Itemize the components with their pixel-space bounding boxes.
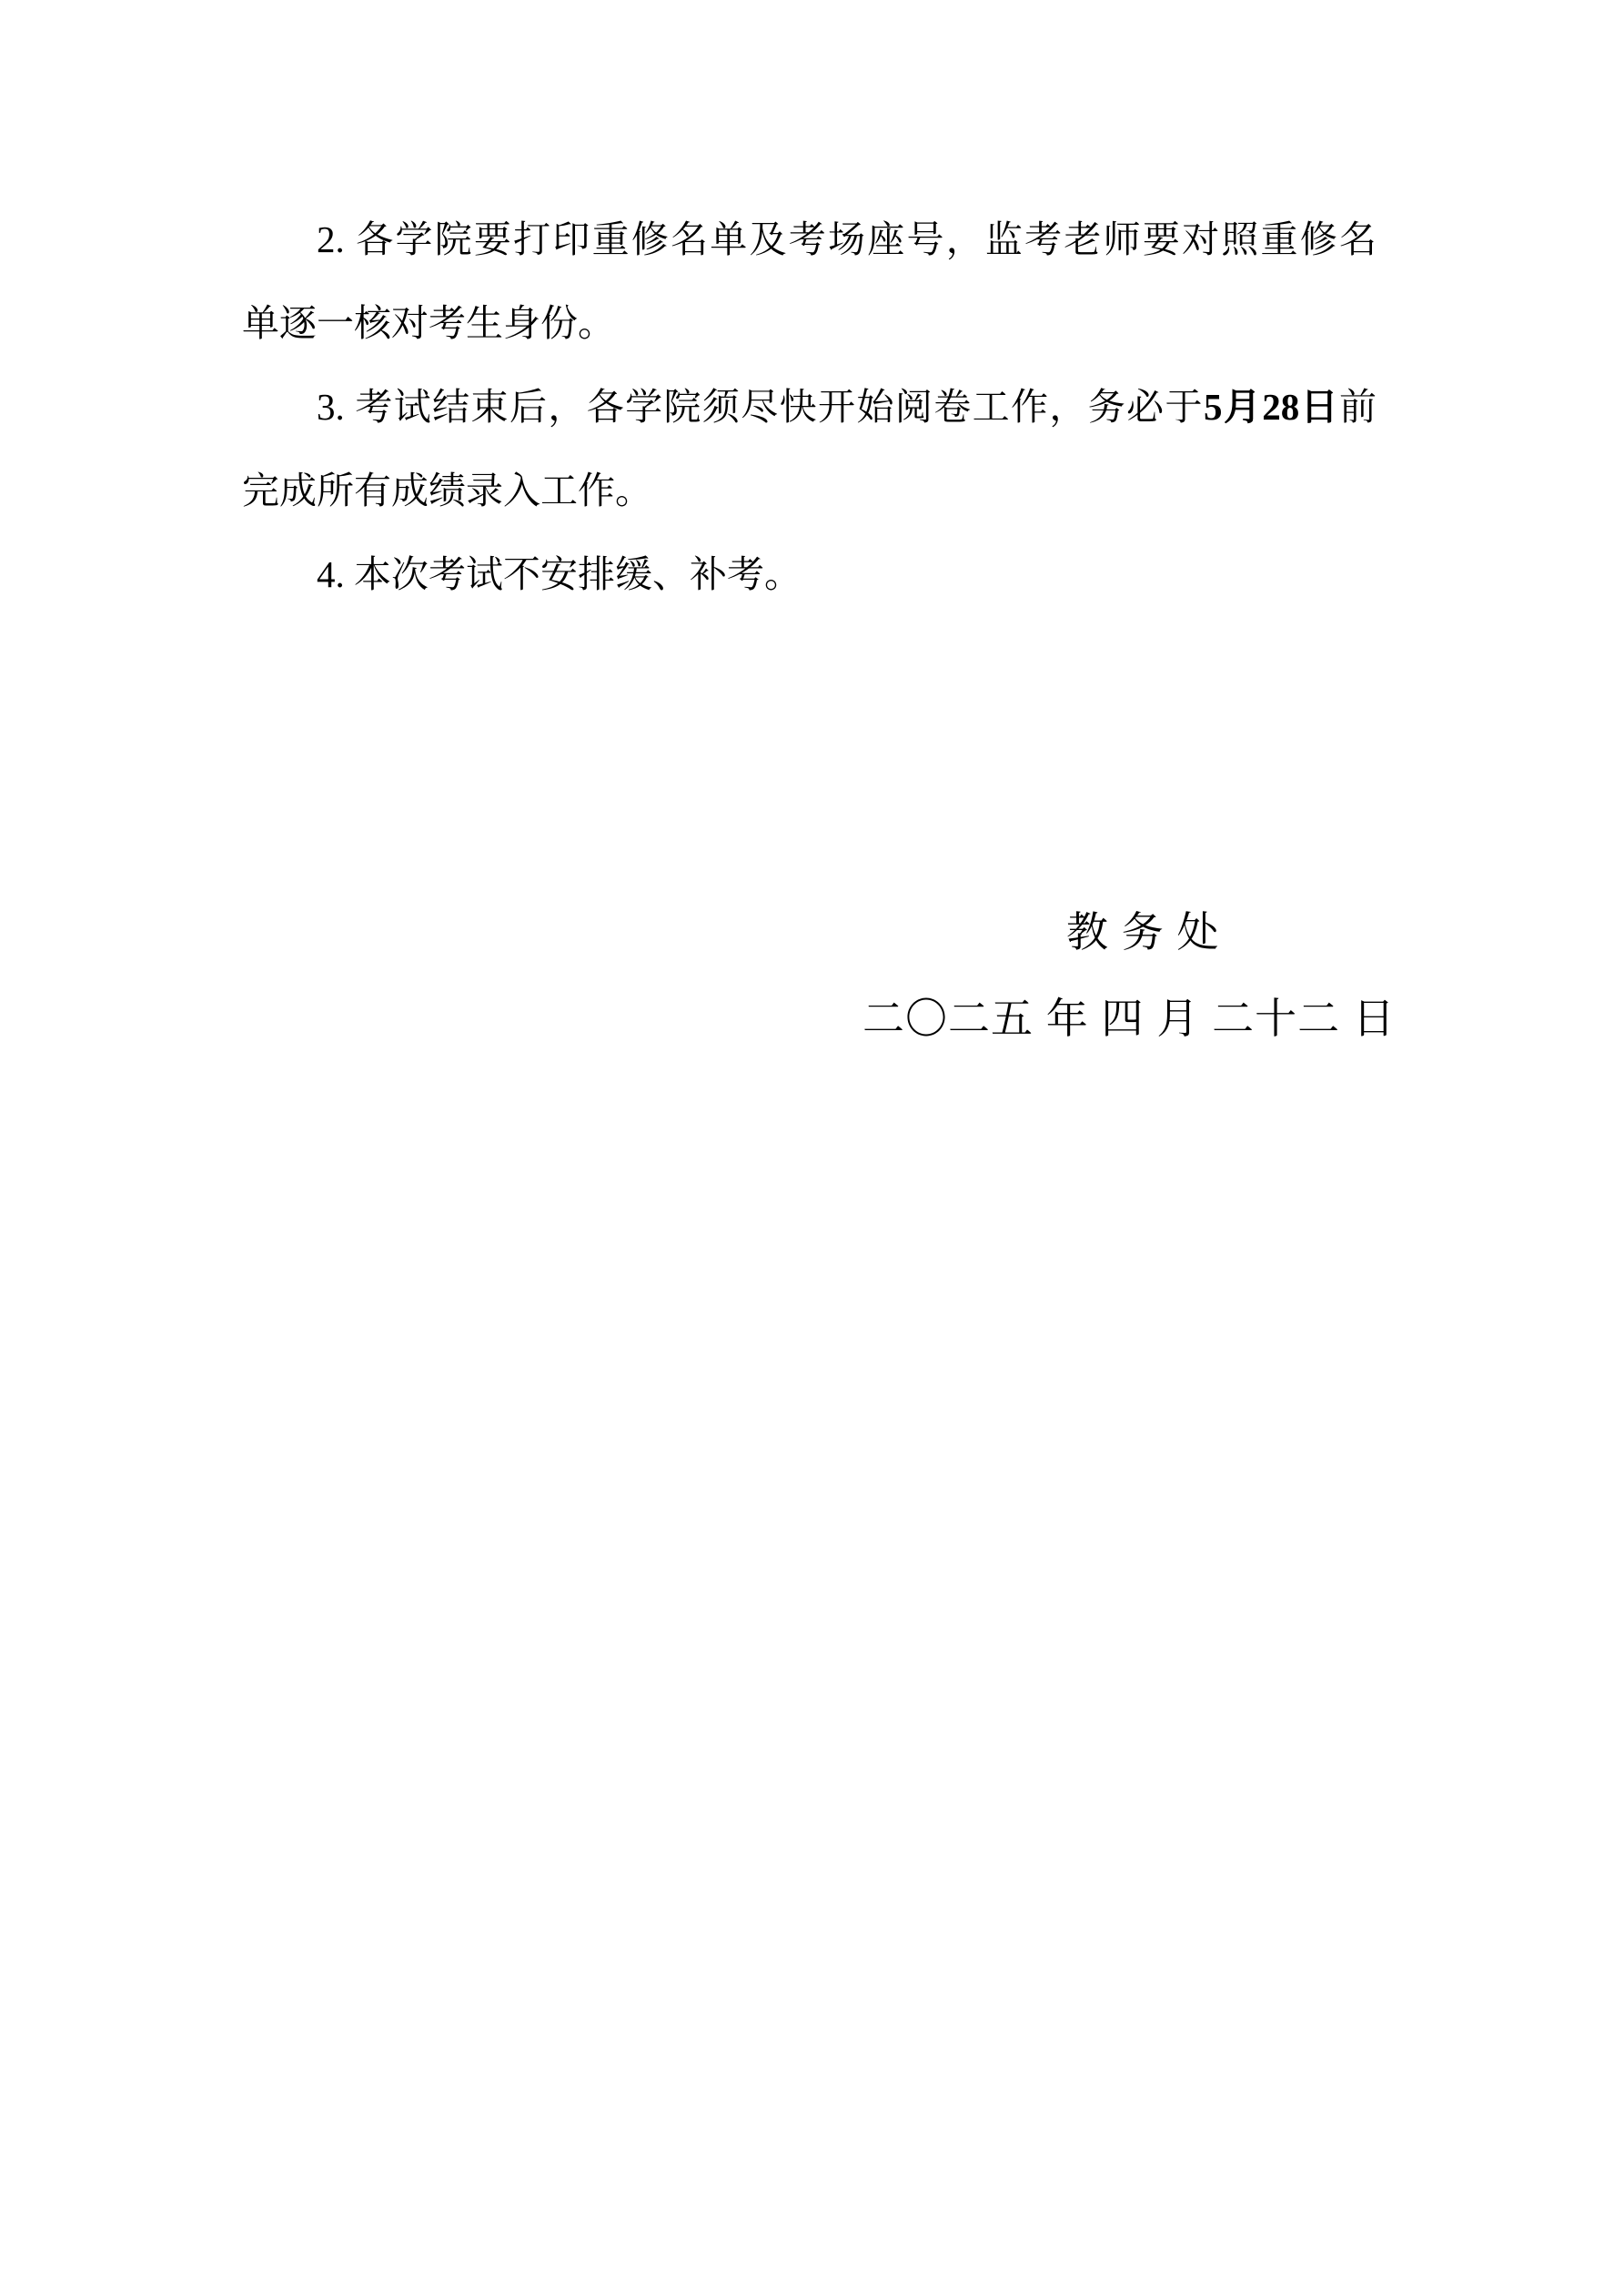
paragraph-line: 4. 本次考试不安排缓、补考。 bbox=[242, 532, 1377, 616]
text-segment: 前 bbox=[1339, 386, 1377, 428]
signature-department: 教 务 处 bbox=[1066, 889, 1220, 976]
paragraph-line: 完成所有成绩录入工作。 bbox=[242, 449, 1377, 532]
paragraph-line: 3. 考试结束后，各学院须尽快开始阅卷工作，务必于5月28日前 bbox=[242, 365, 1377, 449]
paragraph-line: 2. 各学院要打印重修名单及考场座号，监考老师要对照重修名 bbox=[242, 197, 1377, 281]
signature-date: 二〇二五 年 四 月 二十二 日 bbox=[862, 976, 1396, 1062]
document-body: 2. 各学院要打印重修名单及考场座号，监考老师要对照重修名单逐一核对考生身份。3… bbox=[242, 197, 1377, 616]
paragraph-line: 单逐一核对考生身份。 bbox=[242, 281, 1377, 365]
text-segment: 4. 本次考试不安排缓、补考。 bbox=[317, 553, 802, 595]
text-segment: 完成所有成绩录入工作。 bbox=[242, 470, 652, 511]
text-segment: 单逐一核对考生身份。 bbox=[242, 302, 615, 344]
text-segment: 3. 考试结束后，各学院须尽快开始阅卷工作，务必于 bbox=[317, 386, 1204, 428]
bold-text-segment: 5月28日 bbox=[1204, 386, 1339, 428]
document-page: 2. 各学院要打印重修名单及考场座号，监考老师要对照重修名单逐一核对考生身份。3… bbox=[0, 0, 1624, 2296]
text-segment: 2. 各学院要打印重修名单及考场座号，监考老师要对照重修名 bbox=[317, 218, 1377, 260]
